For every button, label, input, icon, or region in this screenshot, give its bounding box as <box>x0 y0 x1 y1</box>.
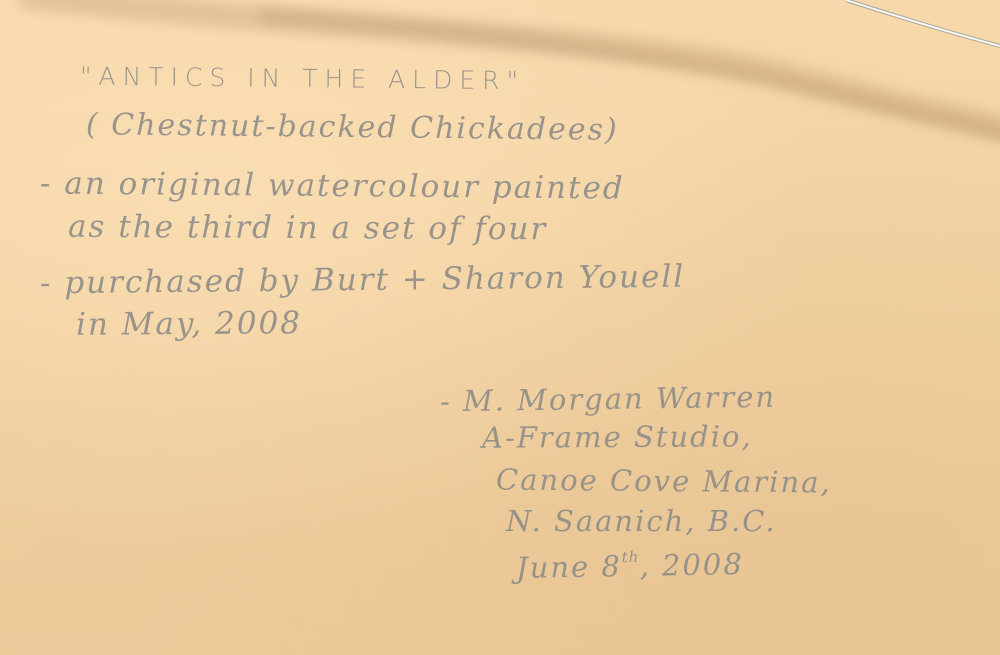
artwork-title: "ANTICS IN THE ALDER" <box>80 62 525 96</box>
signature-date: June 8th, 2008 <box>516 546 744 585</box>
artwork-subtitle: ( Chestnut-backed Chickadees) <box>86 107 619 148</box>
studio-name: A-Frame Studio, <box>482 419 753 454</box>
description-line-2: as the third in a set of four <box>68 209 547 248</box>
date-prefix: June 8 <box>516 549 622 585</box>
location-line-1: Canoe Cove Marina, <box>496 463 832 500</box>
date-ordinal: th <box>622 548 640 566</box>
location-line-2: N. Saanich, B.C. <box>506 504 777 538</box>
artist-signature: - M. Morgan Warren <box>440 380 777 419</box>
description-line-1: - an original watercolour painted <box>40 165 625 206</box>
provenance-line-1: - purchased by Burt + Sharon Youell <box>40 259 686 302</box>
provenance-line-2: in May, 2008 <box>76 305 302 343</box>
date-suffix: , 2008 <box>639 547 744 583</box>
